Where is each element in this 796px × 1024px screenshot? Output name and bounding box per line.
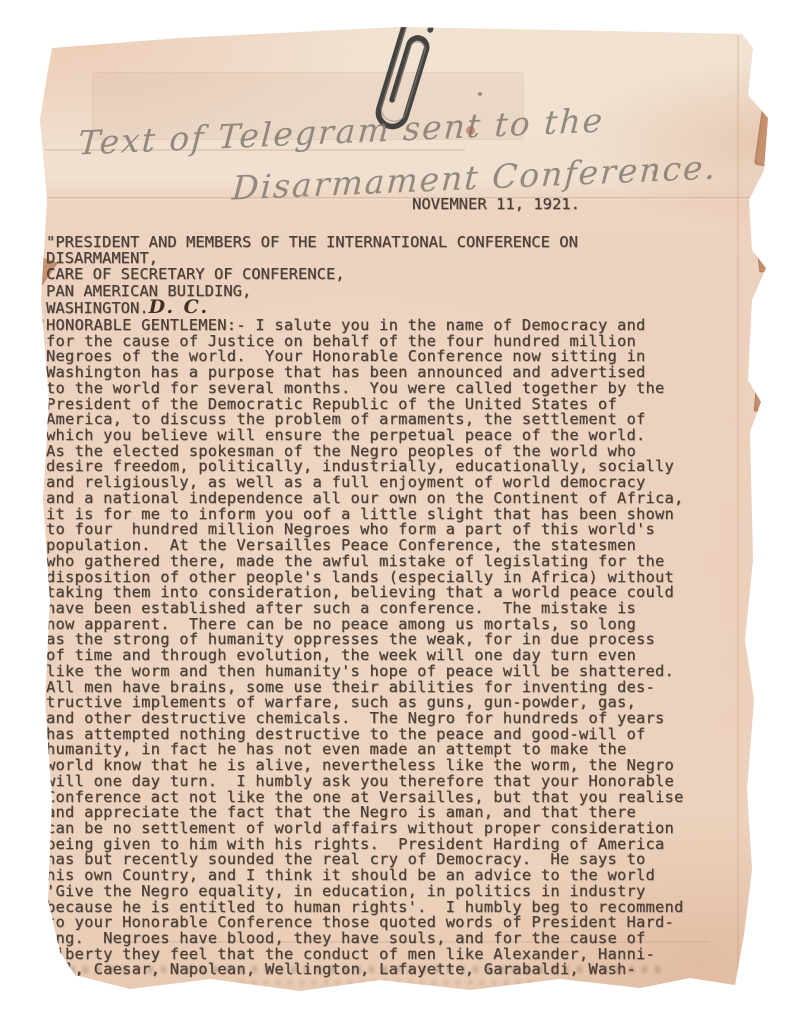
torn-edge-chip xyxy=(757,245,772,272)
torn-edge-chip xyxy=(755,465,767,488)
date-line: NOVEMNER 11, 1921. xyxy=(412,195,580,213)
recipient-lines: "PRESIDENT AND MEMBERS OF THE INTERNATIO… xyxy=(46,233,578,300)
handwritten-dc: D. C. xyxy=(149,296,209,318)
recipient-city: WASHINGTON. xyxy=(46,299,149,317)
faded-text-smudge xyxy=(70,966,660,973)
recipient-address: "PRESIDENT AND MEMBERS OF THE INTERNATIO… xyxy=(46,234,578,316)
document-page: Text of Telegram sent to the Disarmament… xyxy=(0,0,796,1024)
torn-edge-chip xyxy=(753,634,764,661)
torn-edge-chip xyxy=(754,382,768,413)
torn-edge-chip xyxy=(25,519,37,538)
telegram-body: HONORABLE GENTLEMEN:- I salute you in th… xyxy=(46,318,684,978)
photo-background: Text of Telegram sent to the Disarmament… xyxy=(0,0,796,1024)
ink-spot xyxy=(478,92,482,96)
torn-edge-chip xyxy=(754,107,778,167)
faded-text-smudge xyxy=(240,980,540,985)
torn-edge-chip xyxy=(753,788,763,809)
torn-edge-chip xyxy=(28,317,44,339)
crease-line xyxy=(737,36,739,981)
